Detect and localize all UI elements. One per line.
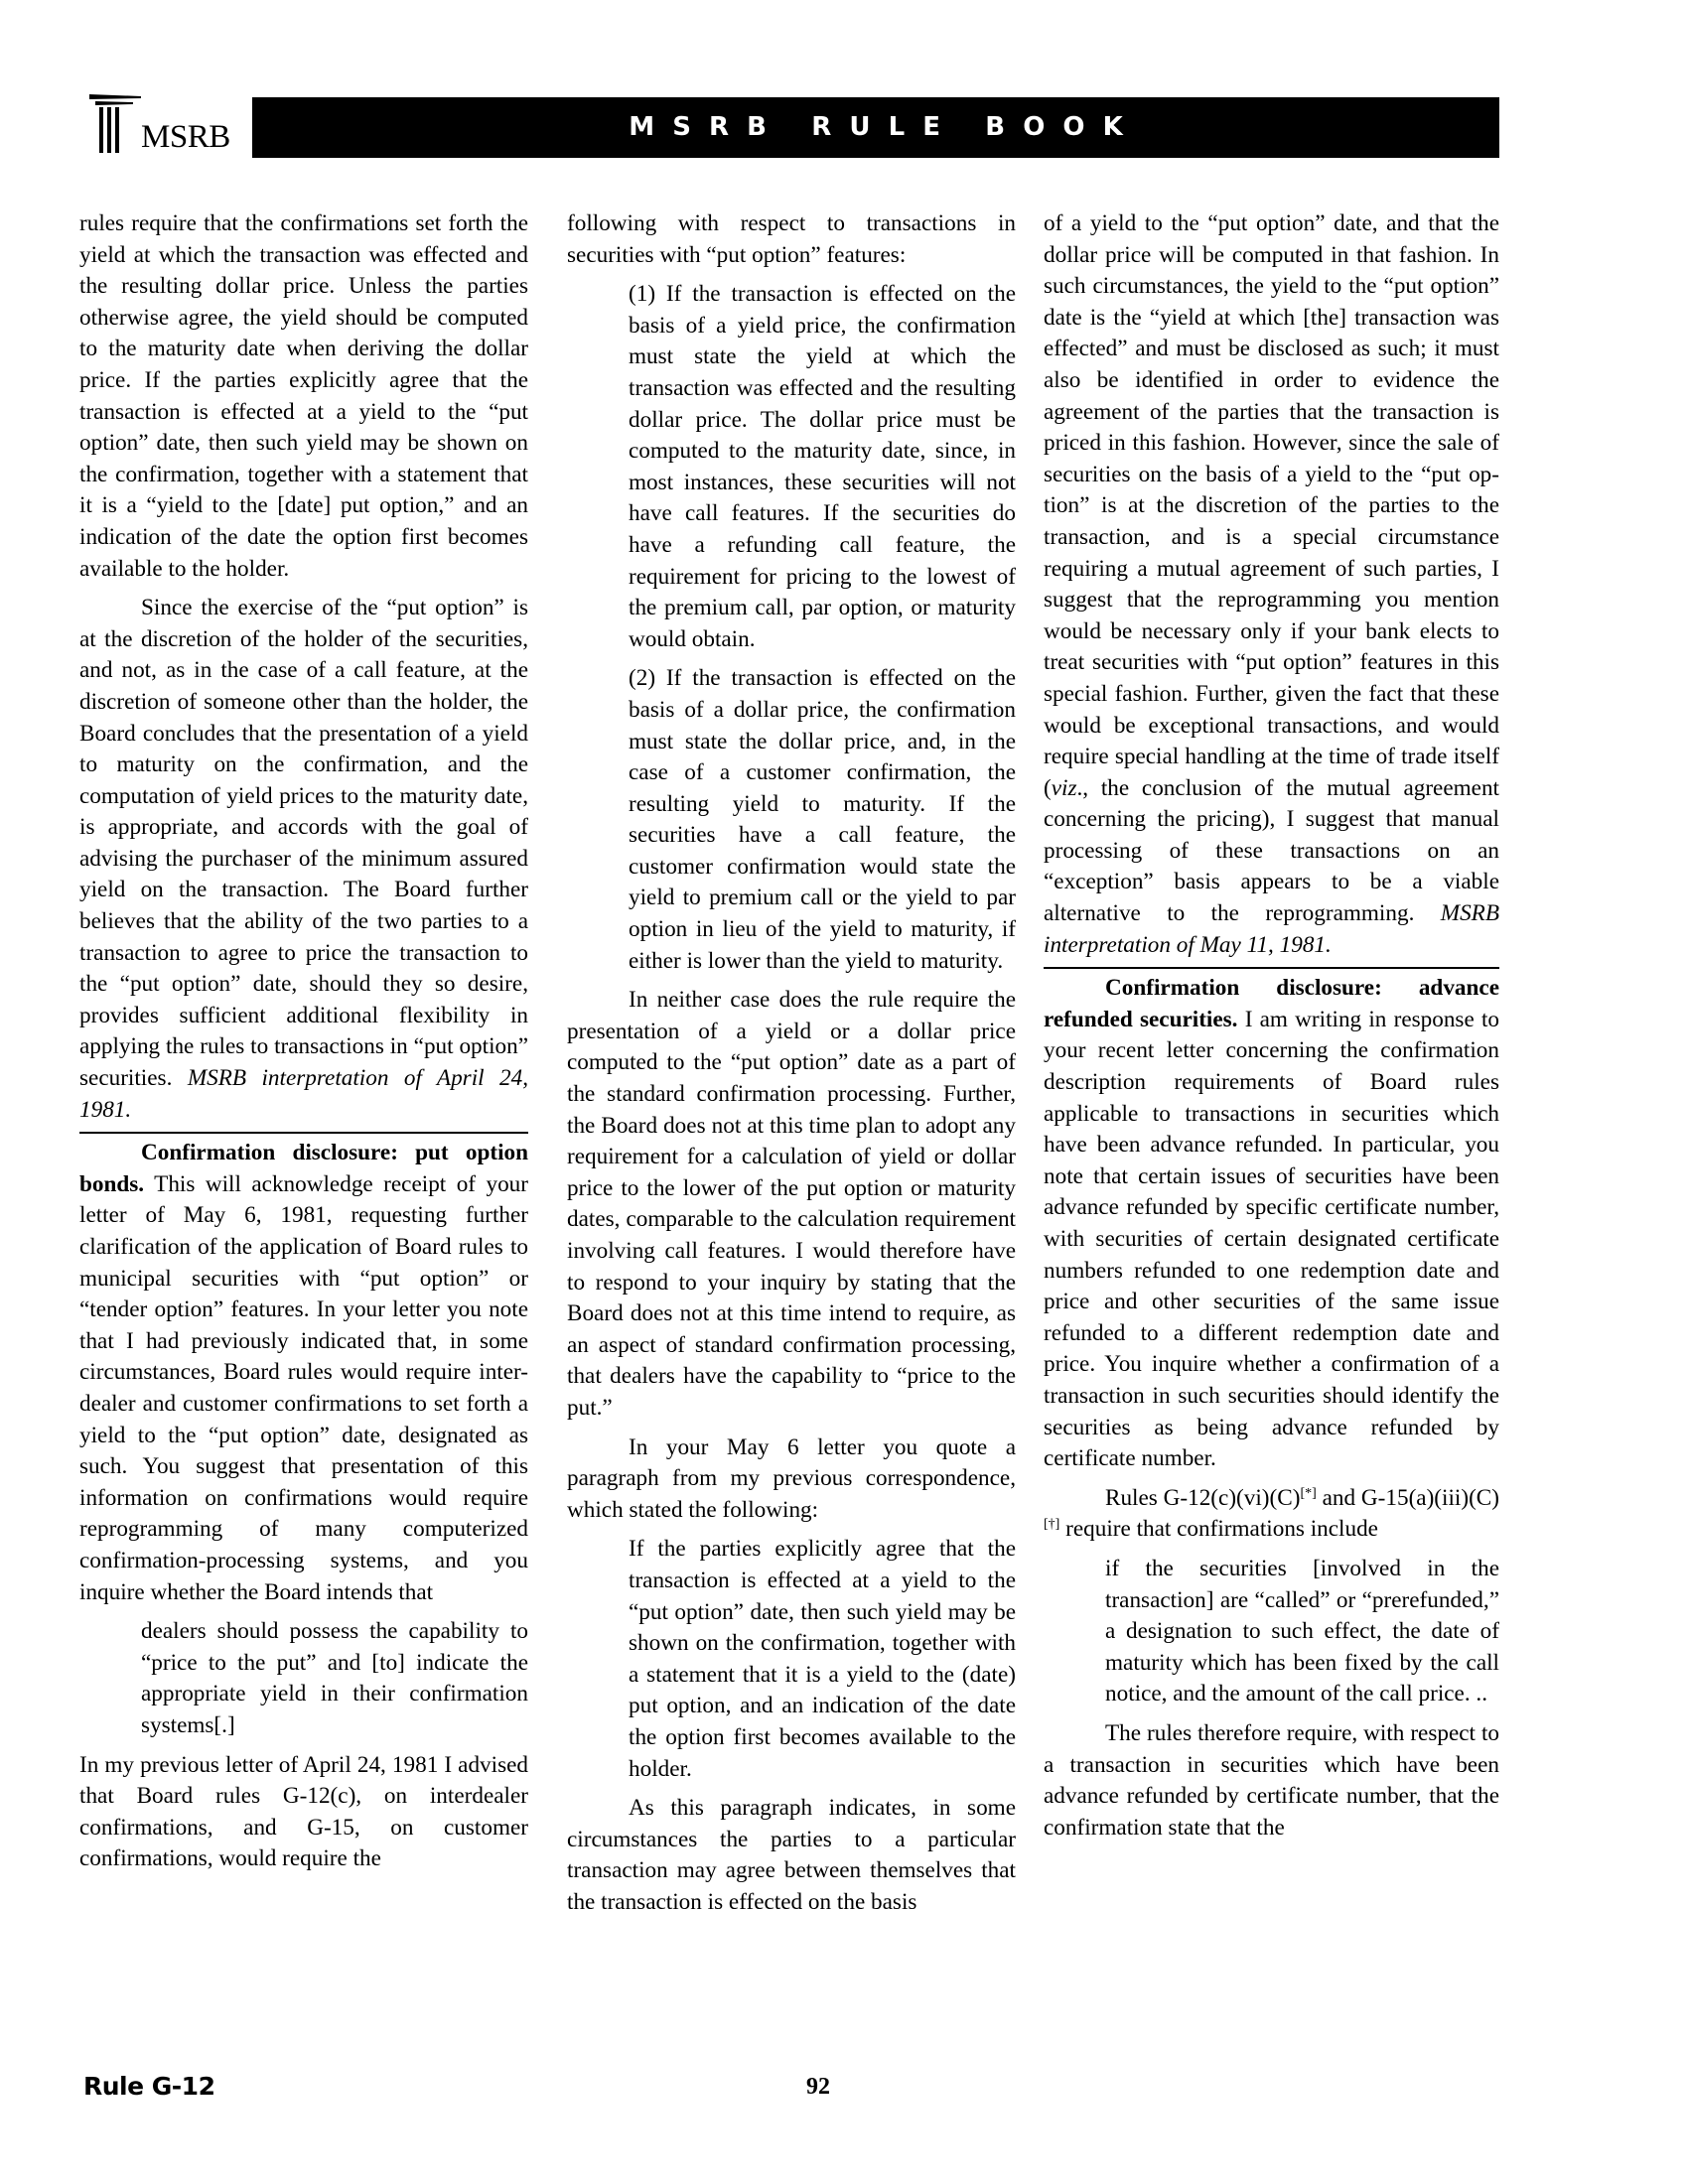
footnote-link[interactable]: [†] — [1044, 1517, 1059, 1532]
paragraph: rules require that the confirmations set… — [79, 208, 528, 585]
paragraph-text: Since the exercise of the “put option” i… — [79, 595, 528, 1091]
footer-rule-label: Rule G-12 — [83, 2072, 214, 2101]
msrb-logo: MSRB — [87, 91, 246, 157]
paragraph: following with respect to transactions i… — [567, 208, 1016, 271]
paragraph: Confirmation disclosure: put op­tion bon… — [79, 1138, 528, 1608]
paragraph: In my previous letter of April 24, 1981 … — [79, 1750, 528, 1875]
paragraph-text: of a yield to the “put option” date, and… — [1044, 210, 1499, 801]
paragraph: of a yield to the “put option” date, and… — [1044, 208, 1499, 961]
logo-text: MSRB — [141, 119, 230, 155]
block-quote: if the securities [involved in the trans… — [1105, 1554, 1499, 1710]
paragraph: In neither case does the rule require th… — [567, 985, 1016, 1424]
section-divider — [1044, 967, 1499, 969]
footnote-link[interactable]: [*] — [1300, 1486, 1316, 1501]
latin-abbrev: viz — [1052, 775, 1077, 801]
paragraph: Rules G-12(c)(vi)(C)[*] and G-15(a)(iii)… — [1044, 1483, 1499, 1546]
paragraph-text: require that confirmations include — [1059, 1516, 1378, 1542]
block-quote: dealers should possess the capability to… — [141, 1616, 528, 1741]
list-item: (2) If the transaction is effected on th… — [629, 663, 1016, 977]
text-column-1: rules require that the confirmations set… — [79, 208, 528, 1875]
paragraph: Since the exercise of the “put option” i… — [79, 593, 528, 1126]
paragraph-text: I am writing in re­sponse to your recent… — [1044, 1007, 1499, 1471]
pillar-icon — [87, 91, 143, 155]
text-column-3: of a yield to the “put option” date, and… — [1044, 208, 1499, 1843]
rule-reference: Rules G-12(c)(vi)(C) — [1105, 1485, 1300, 1511]
paragraph: As this paragraph indicates, in some cir… — [567, 1793, 1016, 1918]
section-divider — [79, 1132, 528, 1134]
page-number: 92 — [806, 2074, 830, 2101]
list-item: (1) If the transaction is effected on th… — [629, 279, 1016, 655]
paragraph: In your May 6 letter you quote a paragra… — [567, 1433, 1016, 1527]
rule-reference: and G-15(a)(iii)(C) — [1317, 1485, 1499, 1511]
header-banner: M S R B R U L E B O O K — [252, 97, 1499, 158]
paragraph: The rules therefore require, with re­spe… — [1044, 1718, 1499, 1843]
paragraph-text: ., the conclusion of the mutual agree­me… — [1044, 775, 1499, 926]
paragraph-text: This will acknowledge receipt of your le… — [79, 1171, 528, 1605]
block-quote: If the parties explicitly agree that the… — [629, 1534, 1016, 1785]
text-column-2: following with respect to transactions i… — [567, 208, 1016, 1918]
paragraph: Confirmation disclosure: advance refunde… — [1044, 973, 1499, 1475]
header-title: M S R B R U L E B O O K — [252, 97, 1499, 158]
